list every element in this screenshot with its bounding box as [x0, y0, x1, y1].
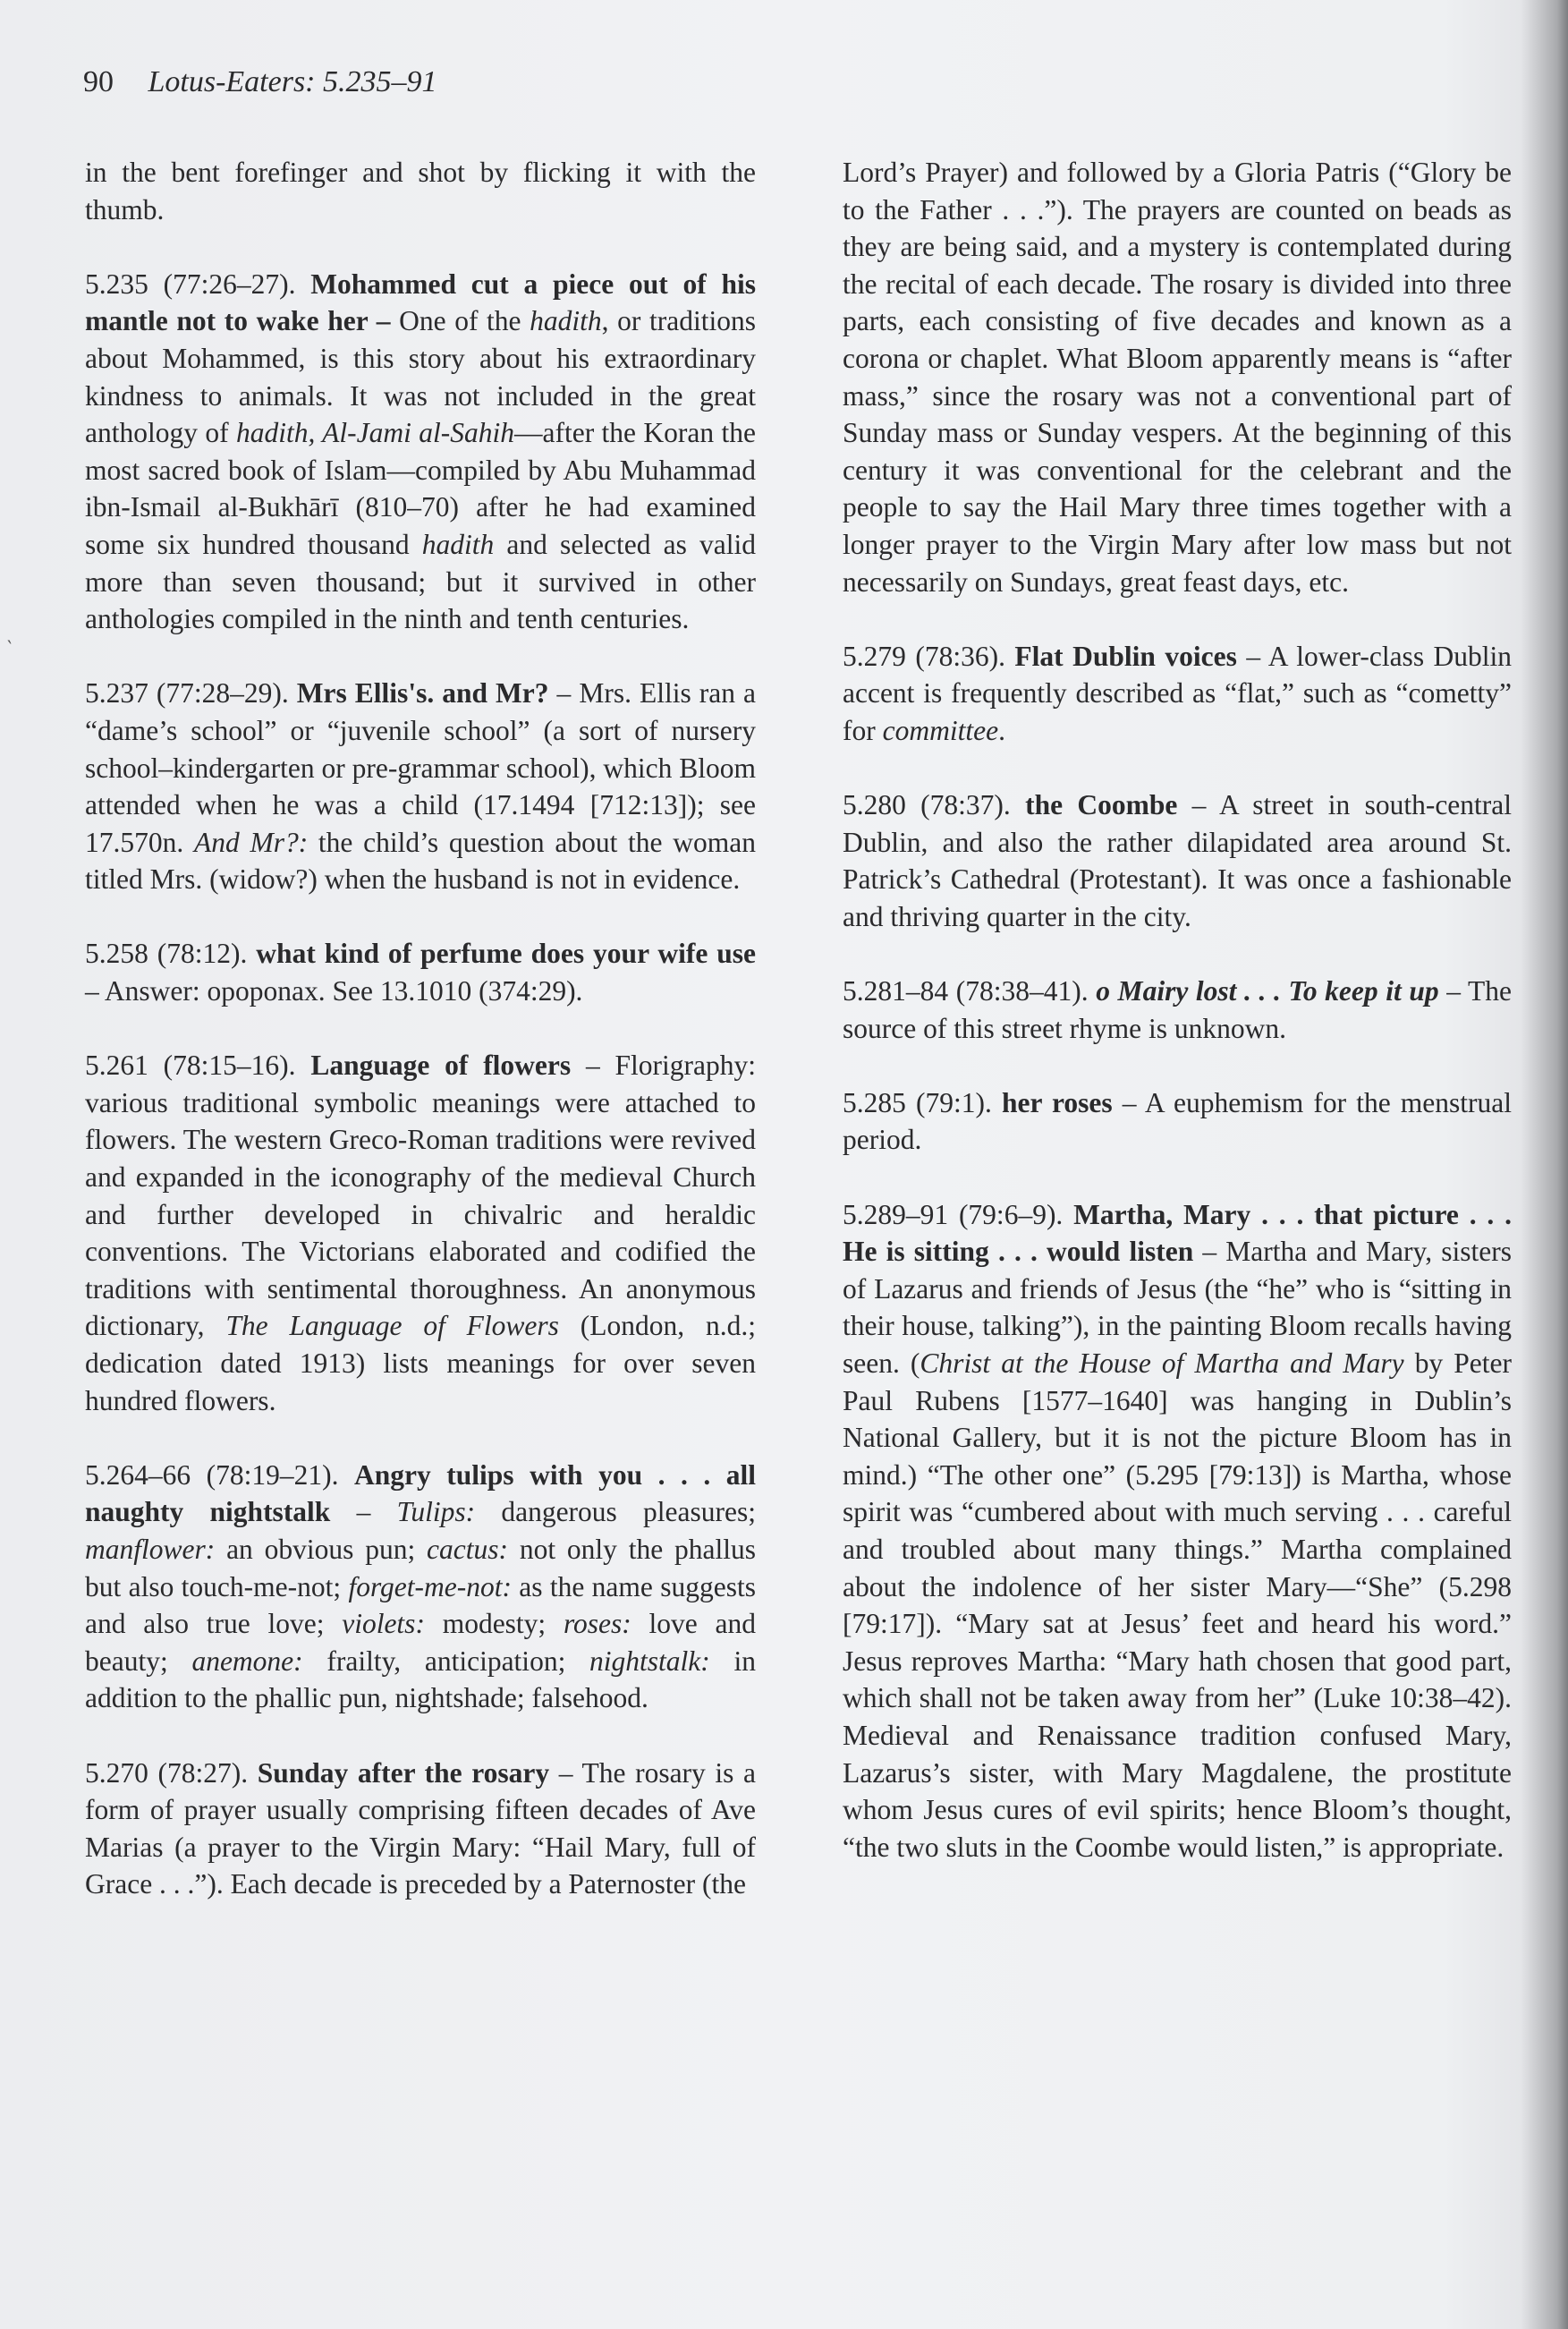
annotation-entry-5-235: 5.235 (77:26–27). Mohammed cut a piece o… — [85, 266, 756, 638]
entry-lemma: the Coombe — [1025, 789, 1177, 820]
annotation-entry-5-270: 5.270 (78:27). Sunday after the rosary –… — [85, 1755, 756, 1903]
annotation-entry-5-237: 5.237 (77:28–29). Mrs Ellis's. and Mr? –… — [85, 675, 756, 898]
entry-ref: 5.285 (79:1). — [843, 1087, 992, 1118]
entry-ref: 5.289–91 (79:6–9). — [843, 1199, 1063, 1230]
annotation-entry-5-261: 5.261 (78:15–16). Language of flowers – … — [85, 1047, 756, 1419]
page-number: 90 — [83, 65, 114, 98]
entry-lemma: Language of flowers — [310, 1050, 571, 1081]
annotation-entry-5-281: 5.281–84 (78:38–41). o Mairy lost . . . … — [843, 973, 1512, 1047]
annotation-entry-5-285: 5.285 (79:1). her roses – A euphemism fo… — [843, 1084, 1512, 1159]
entry-ref: 5.280 (78:37). — [843, 789, 1011, 820]
annotation-entry-5-279: 5.279 (78:36). Flat Dublin voices – A lo… — [843, 638, 1512, 750]
entry-lemma: Flat Dublin voices — [1014, 641, 1236, 672]
entry-lemma: her roses — [1002, 1087, 1113, 1118]
entry-lemma: Mrs Ellis's. and Mr? — [297, 677, 549, 709]
entry-ref: 5.264–66 (78:19–21). — [85, 1459, 339, 1491]
entry-ref: 5.270 (78:27). — [85, 1757, 248, 1789]
right-column: Lord’s Prayer) and followed by a Gloria … — [843, 154, 1512, 1903]
running-header: 90 Lotus-Eaters: 5.235–91 — [83, 63, 437, 102]
stray-mark: ‵ — [7, 637, 12, 660]
entry-lemma: Sunday after the rosary — [258, 1757, 549, 1789]
entry-ref: 5.281–84 (78:38–41). — [843, 975, 1089, 1007]
annotation-entry-5-280: 5.280 (78:37). the Coombe – A street in … — [843, 786, 1512, 935]
entry-ref: 5.279 (78:36). — [843, 641, 1005, 672]
annotation-entry-5-258: 5.258 (78:12). what kind of perfume does… — [85, 935, 756, 1009]
annotation-entry-5-289: 5.289–91 (79:6–9). Martha, Mary . . . th… — [843, 1196, 1512, 1866]
book-page: 90 Lotus-Eaters: 5.235–91 ‵ in the bent … — [0, 0, 1568, 2329]
entry-ref: 5.237 (77:28–29). — [85, 677, 289, 709]
continued-text: Lord’s Prayer) and followed by a Gloria … — [843, 154, 1512, 600]
entry-ref: 5.258 (78:12). — [85, 938, 247, 969]
entry-ref: 5.261 (78:15–16). — [85, 1050, 296, 1081]
entry-lemma: o Mairy lost . . . To keep it up — [1096, 975, 1438, 1007]
annotation-entry-5-264: 5.264–66 (78:19–21). Angry tulips with y… — [85, 1457, 756, 1717]
left-column: in the bent forefinger and shot by flick… — [85, 154, 756, 1941]
continued-text: in the bent forefinger and shot by flick… — [85, 154, 756, 228]
entry-lemma: what kind of perfume does your wife use — [256, 938, 756, 969]
entry-ref: 5.235 (77:26–27). — [85, 268, 296, 300]
running-title: Lotus-Eaters: 5.235–91 — [148, 65, 437, 98]
